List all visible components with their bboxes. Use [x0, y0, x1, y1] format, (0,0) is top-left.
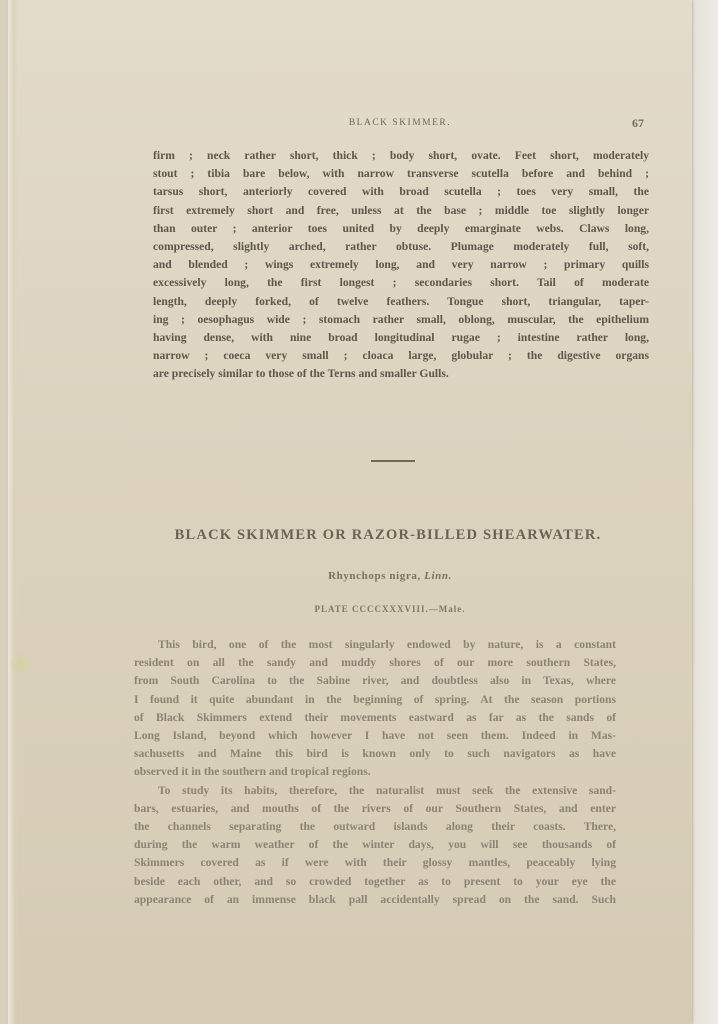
text-line: appearance of an immense black pall acci…: [134, 891, 616, 909]
text-line: resident on all the sandy and muddy shor…: [134, 654, 616, 672]
text-line: length, deeply forked, of twelve feather…: [153, 293, 649, 311]
text-line: during the warm weather of the winter da…: [134, 836, 616, 854]
latin-name: Rhynchops nigra, Linn.: [290, 570, 490, 582]
page-number: 67: [632, 116, 644, 131]
body-text: This bird, one of the most singularly en…: [134, 636, 616, 909]
text-line: the channels separating the outward isla…: [134, 818, 616, 836]
text-line: This bird, one of the most singularly en…: [134, 636, 616, 654]
text-line: narrow ; coeca very small ; cloaca large…: [153, 347, 649, 365]
running-head: BLACK SKIMMER.: [150, 118, 650, 128]
text-line: sachusetts and Maine this bird is known …: [134, 745, 616, 763]
text-line: firm ; neck rather short, thick ; body s…: [153, 147, 649, 165]
worn-page-edge: [8, 0, 18, 1024]
text-line: Long Island, beyond which however I have…: [134, 727, 616, 745]
text-line: of Black Skimmers extend their movements…: [134, 709, 616, 727]
text-line: from South Carolina to the Sabine river,…: [134, 672, 616, 690]
text-line: tarsus short, anteriorly covered with br…: [153, 183, 649, 201]
section-title: BLACK SKIMMER OR RAZOR-BILLED SHEARWATER…: [146, 527, 630, 544]
section-divider: [371, 460, 415, 462]
top-paragraph: firm ; neck rather short, thick ; body s…: [153, 147, 649, 384]
text-line: I found it quite abundant in the beginni…: [134, 691, 616, 709]
paper-stain: [10, 650, 32, 678]
text-line: and blended ; wings extremely long, and …: [153, 256, 649, 274]
plate-label: PLATE CCCCXXXVIII.—Male.: [290, 604, 490, 614]
latin-binomial: Rhynchops nigra,: [328, 570, 421, 582]
text-line: compressed, slightly arched, rather obtu…: [153, 238, 649, 256]
text-line: observed it in the southern and tropical…: [134, 763, 616, 781]
latin-authority: Linn.: [424, 570, 452, 582]
text-line: than outer ; anterior toes united by dee…: [153, 220, 649, 238]
text-line: stout ; tibia bare below, with narrow tr…: [153, 165, 649, 183]
text-line: ing ; oesophagus wide ; stomach rather s…: [153, 311, 649, 329]
text-line: excessively long, the first longest ; se…: [153, 274, 649, 292]
text-line: having dense, with nine broad longitudin…: [153, 329, 649, 347]
text-line: are precisely similar to those of the Te…: [153, 365, 649, 383]
text-line: first extremely short and free, unless a…: [153, 202, 649, 220]
text-line: To study its habits, therefore, the natu…: [134, 782, 616, 800]
text-line: Skimmers covered as if were with their g…: [134, 854, 616, 872]
text-line: bars, estuaries, and mouths of the river…: [134, 800, 616, 818]
text-line: beside each other, and so crowded togeth…: [134, 873, 616, 891]
